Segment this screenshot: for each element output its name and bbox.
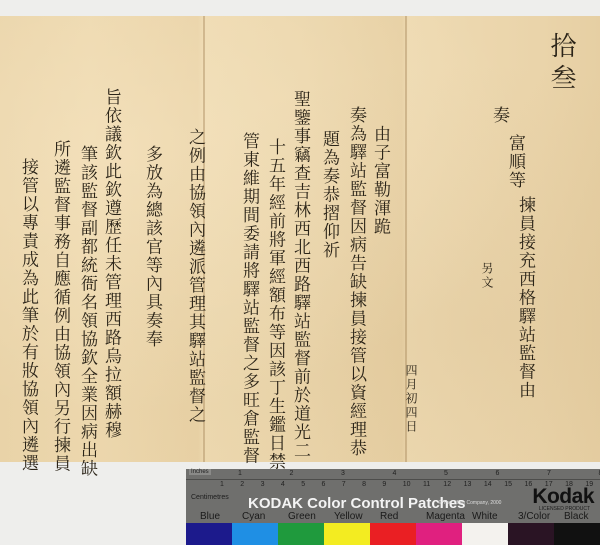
page-number-annotation: 拾叁 <box>548 32 574 96</box>
cm-tick: 2 <box>240 481 244 488</box>
text-column: 筆該監督副都統衙名領協欽全業因病出缺 <box>78 145 95 478</box>
kodak-color-card: Inches 12345678 123456789101112131415161… <box>186 469 600 545</box>
text-column: 富順等 <box>506 134 523 190</box>
text-column: 揀員接充西格驛站監督由 <box>516 196 533 400</box>
color-patch-magenta <box>416 523 462 545</box>
inch-tick: 1 <box>238 470 242 477</box>
patch-label: Green <box>288 511 316 522</box>
cm-tick: 11 <box>423 481 430 488</box>
patch-labels: BlueCyanGreenYellowRedMagentaWhite3/Colo… <box>186 511 600 523</box>
patch-label: Cyan <box>242 511 265 522</box>
cm-tick: 10 <box>403 481 411 488</box>
cm-tick: 4 <box>281 481 285 488</box>
inch-tick: 5 <box>444 470 448 477</box>
text-column: 所遴監督事務自應循例由協領內另行揀員 <box>51 140 68 473</box>
text-column: 奏 <box>490 106 507 125</box>
inches-label: Inches <box>189 469 211 475</box>
text-column: 多放為總該官等內具奏奉 <box>143 145 160 349</box>
text-column: 題為奏恭摺仰祈 <box>320 130 337 260</box>
patch-label: Red <box>380 511 398 522</box>
text-column: 十五年經前將軍經額布等因該丁生鑑日禁 <box>266 138 283 471</box>
cm-tick: 9 <box>382 481 386 488</box>
text-column: 奏為驛站監督因病告缺揀員接管以資經理恭 <box>347 106 364 458</box>
color-patch-red <box>370 523 416 545</box>
color-patch-yellow <box>324 523 370 545</box>
color-patch-black <box>554 523 600 545</box>
text-column: 另文 <box>481 262 493 290</box>
color-patch-3-color <box>508 523 554 545</box>
cm-tick: 12 <box>443 481 451 488</box>
inch-tick: 7 <box>547 470 551 477</box>
text-column: 旨依議欽此欽遵歷任未管理西路烏拉額赫穆 <box>102 88 119 440</box>
color-patch-green <box>278 523 324 545</box>
text-column: 四月初四日 <box>405 364 417 434</box>
cm-tick: 1 <box>220 481 224 488</box>
text-column: 由子富勒渾跪 <box>371 125 388 236</box>
text-column: 接管以專責成為此筆於有妝協領內遴選 <box>19 158 36 473</box>
patch-label: Black <box>564 511 588 522</box>
centimetres-label: Centimetres <box>191 494 229 501</box>
cm-tick: 3 <box>261 481 265 488</box>
text-column: 管東維期間委請將驛站監督之多旺倉監督 <box>240 132 257 465</box>
color-patch-blue <box>186 523 232 545</box>
cm-tick: 5 <box>301 481 305 488</box>
inch-tick: 4 <box>393 470 397 477</box>
cm-tick: 7 <box>342 481 346 488</box>
cm-tick: 6 <box>322 481 326 488</box>
cm-tick: 14 <box>484 481 492 488</box>
text-column: 聖鑒事竊查吉林西北西路驛站監督前於道光二 <box>291 90 308 460</box>
inch-tick: 6 <box>496 470 500 477</box>
patch-label: Yellow <box>334 511 363 522</box>
patch-label: 3/Color <box>518 511 550 522</box>
color-patch-white <box>462 523 508 545</box>
copyright-text: © The Tiffen Company, 2000 <box>438 500 501 506</box>
inch-ruler: Inches 12345678 <box>186 469 600 480</box>
card-title: KODAK Color Control Patches <box>248 495 466 512</box>
color-patch-cyan <box>232 523 278 545</box>
text-column: 之例由協領內遴派管理其驛站監督之 <box>186 128 203 424</box>
inch-tick: 2 <box>290 470 294 477</box>
color-patches <box>186 523 600 545</box>
cm-tick: 16 <box>525 481 533 488</box>
patch-label: White <box>472 511 498 522</box>
cm-tick: 15 <box>504 481 512 488</box>
patch-label: Magenta <box>426 511 465 522</box>
inch-tick: 3 <box>341 470 345 477</box>
patch-label: Blue <box>200 511 220 522</box>
cm-tick: 13 <box>464 481 472 488</box>
cm-tick: 8 <box>362 481 366 488</box>
